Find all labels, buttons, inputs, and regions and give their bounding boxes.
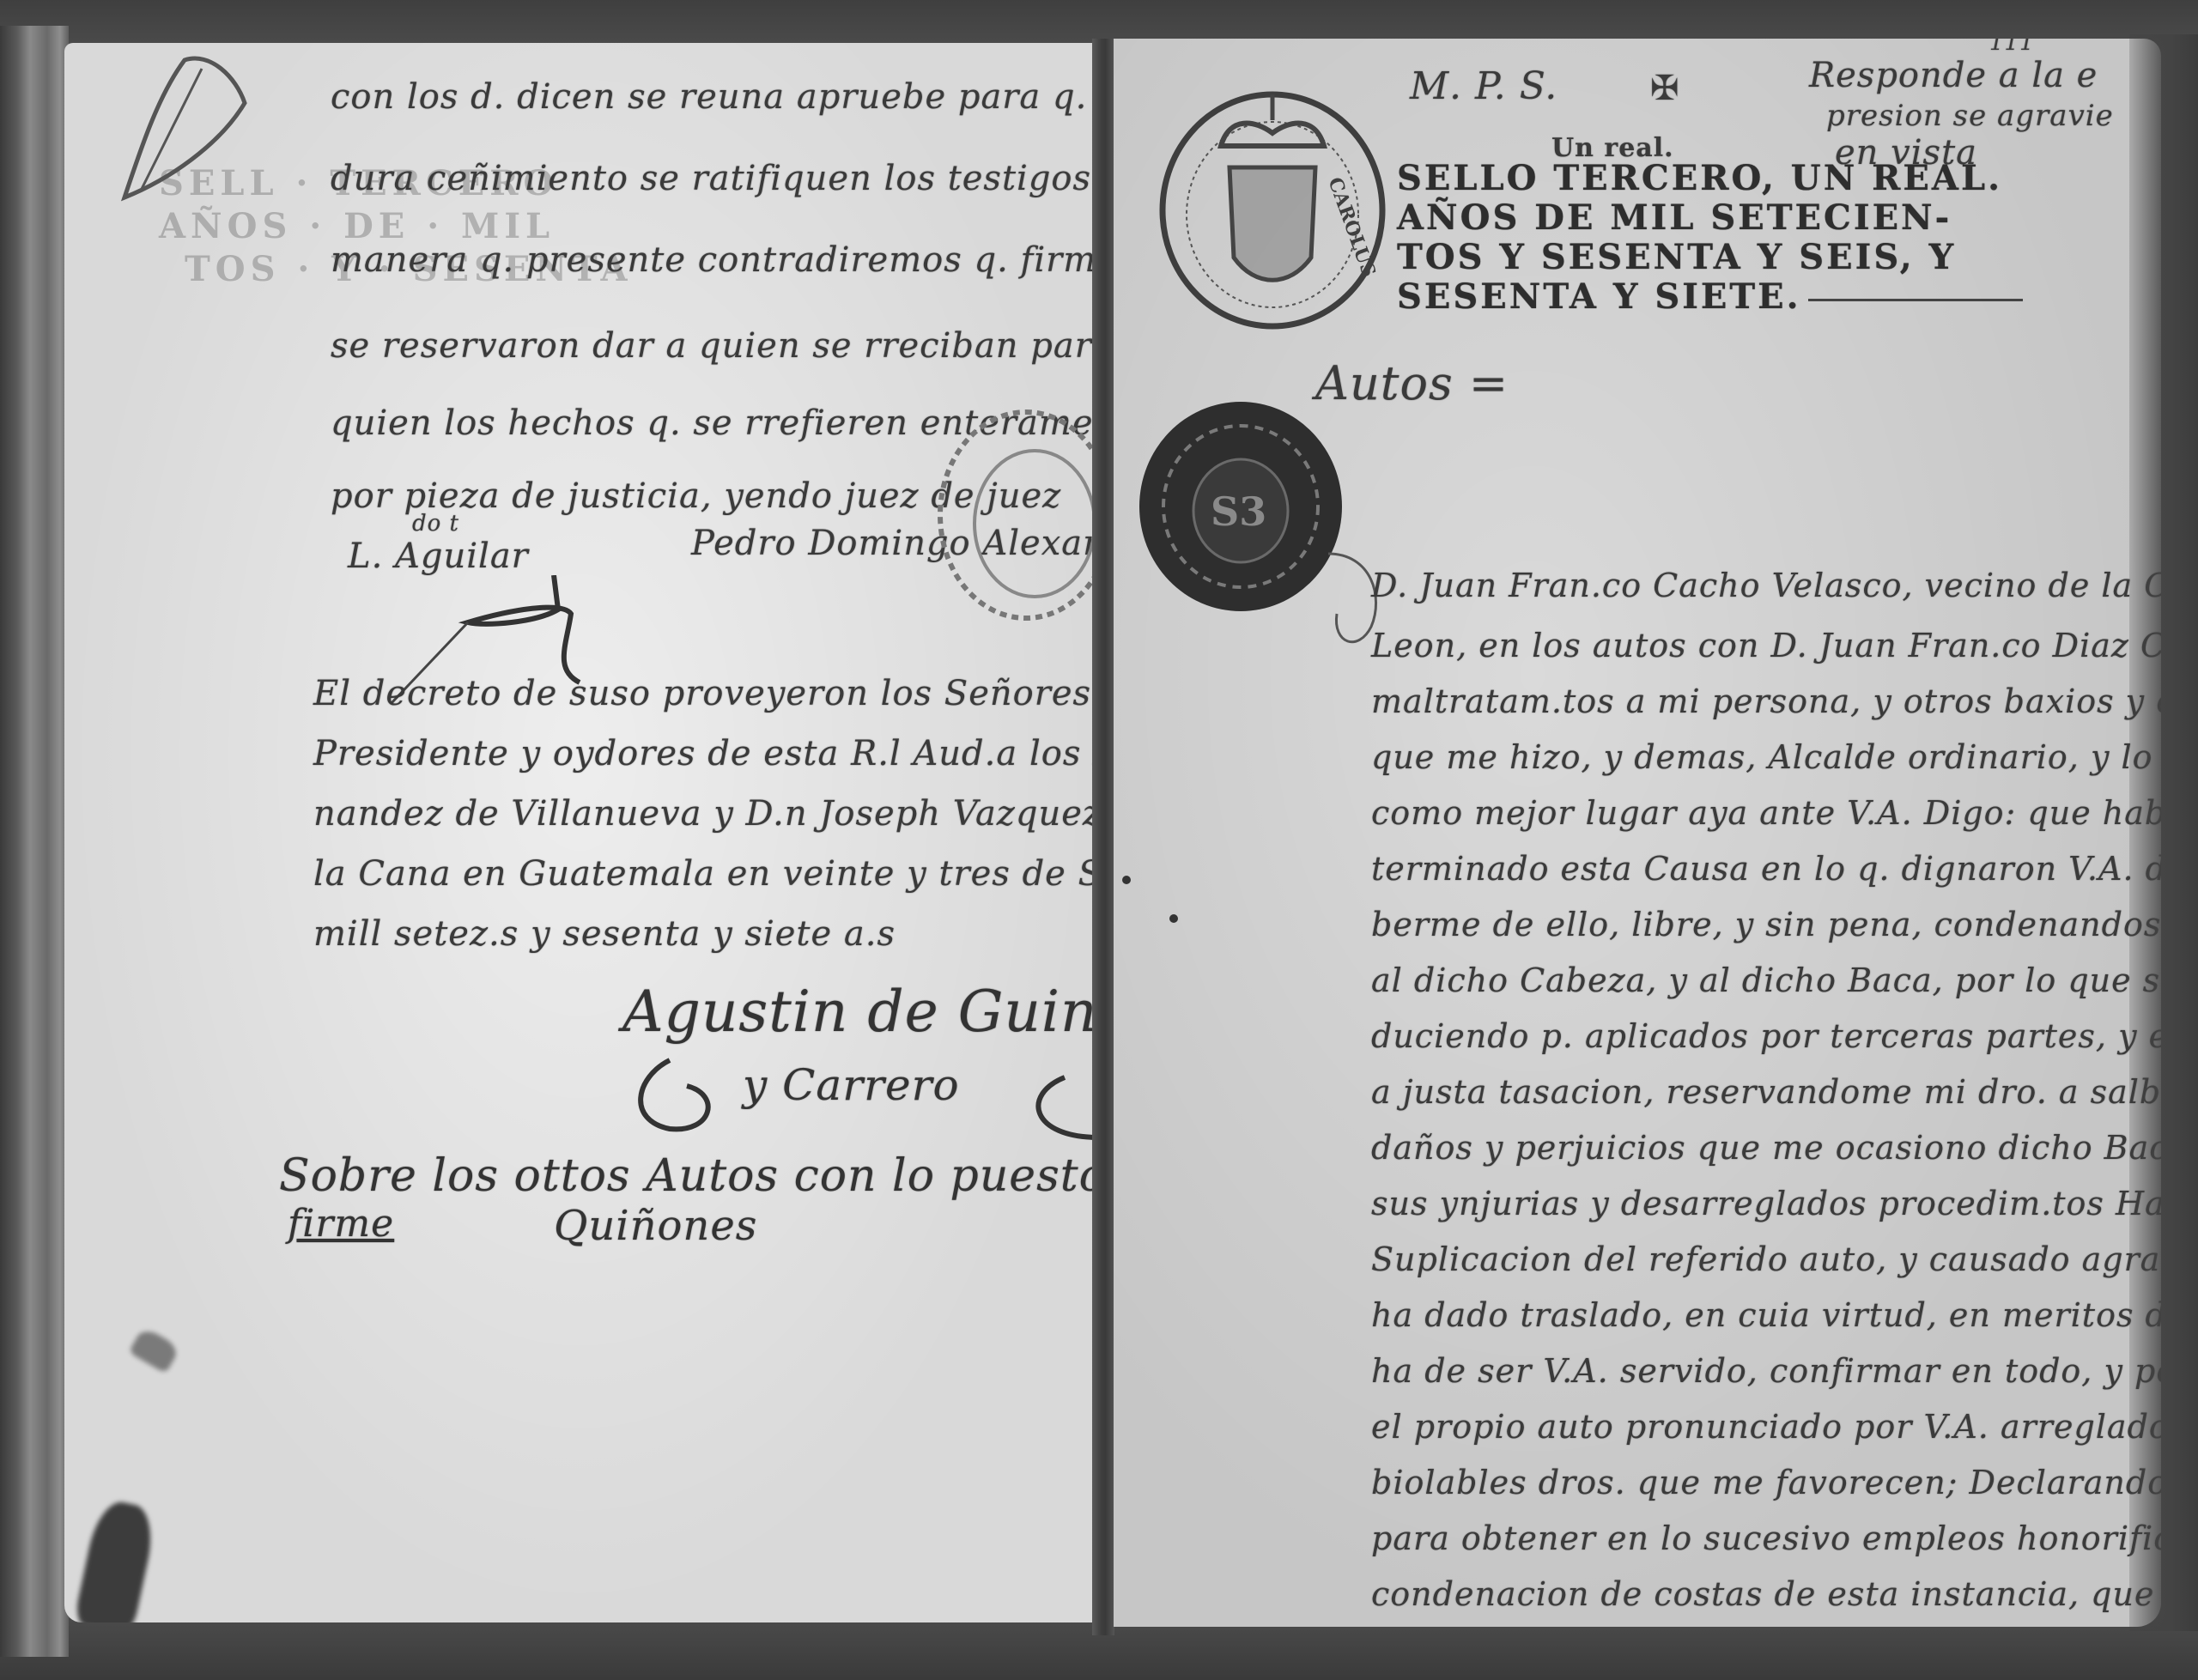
left-line-1: con los d. dicen se reuna apruebe para q… <box>331 77 1095 117</box>
printed-line-1: Sello tercero, un real. <box>1397 159 2015 198</box>
printed-line-4: sesenta y siete. <box>1397 276 1801 317</box>
body-line-18: para obtener en lo sucesivo empleos hono… <box>1371 1519 2161 1557</box>
printed-rule <box>1808 299 2023 301</box>
body-line-9: duciendo p. aplicados por terceras parte… <box>1371 1017 2161 1055</box>
royal-seal-icon: CAROLUS <box>1152 86 1393 335</box>
signature-quinones: Quiñones <box>554 1202 757 1250</box>
body-line-19: condenacion de costas de esta instancia,… <box>1371 1575 2161 1613</box>
left-page: SELL · TERCERO AÑOS · DE · MIL TOS · Y ·… <box>64 43 1095 1622</box>
body-line-4: que me hizo, y demas, Alcalde ordinario,… <box>1371 738 2161 776</box>
closing-word: firme <box>288 1202 394 1246</box>
body-line-10: a justa tasacion, reservandome mi dro. a… <box>1371 1073 2161 1111</box>
body-line-15: ha de ser V.A. servido, confirmar en tod… <box>1371 1352 2161 1390</box>
annotation-line-2: presion se agravie <box>1826 99 2114 133</box>
ink-blot <box>129 1326 181 1374</box>
printed-stamp-header: Sello tercero, un real. Años de mil sete… <box>1397 159 2015 317</box>
decree-line-4: la Cana en Guatemala en veinte y tres de… <box>313 854 1095 894</box>
margin-ink-dot <box>1169 914 1178 923</box>
svg-text:S3: S3 <box>1211 488 1266 535</box>
signature-guinaola: Agustin de Guinaola <box>622 979 1095 1045</box>
bleed-through-seal-icon <box>923 403 1095 627</box>
body-line-1: D. Juan Fran.co Cacho Velasco, vecino de… <box>1371 567 2161 604</box>
book-binding-edge <box>0 26 69 1657</box>
left-line-3: manera q. presente contradiremos q. firm… <box>331 240 1095 280</box>
decree-line-5: mill setez.s y sesenta y siete a.s <box>313 914 896 954</box>
body-line-6: terminado esta Causa en lo q. dignaron V… <box>1371 850 2161 888</box>
body-line-16: el propio auto pronunciado por V.A. arre… <box>1371 1408 2161 1446</box>
folio-number: 111 <box>1989 39 2035 56</box>
margin-signature: L. Aguilar <box>348 537 529 576</box>
printed-line-3: tos y sesenta y seis, y <box>1397 238 2015 277</box>
header-mps: M. P. S. <box>1410 64 1557 108</box>
right-page-edge-shadow <box>2129 34 2198 1631</box>
right-page: M. P. S. ✠ Un real. 111 Responde a la e … <box>1114 39 2161 1627</box>
annotation-line-1: Responde a la e <box>1809 56 2098 95</box>
body-line-3: maltratam.tos a mi persona, y otros baxi… <box>1371 682 2161 720</box>
closing-line: Sobre los ottos Autos con lo puesto en e… <box>279 1150 1095 1202</box>
page-gutter <box>1092 39 1114 1635</box>
body-line-8: al dicho Cabeza, y al dicho Baca, por lo… <box>1371 961 2161 999</box>
body-line-2: Leon, en los autos con D. Juan Fran.co D… <box>1371 627 2161 664</box>
margin-signature-superscript: do t <box>412 511 459 537</box>
margin-ink-dot <box>1122 876 1131 884</box>
left-line-2: dura ceñimiento se ratifiquen los testig… <box>331 159 1095 198</box>
body-line-11: daños y perjuicios que me ocasiono dicho… <box>1371 1129 2161 1167</box>
signature-flourish-icon <box>618 1043 1095 1155</box>
body-line-12: sus ynjurias y desarreglados procedim.to… <box>1371 1185 2161 1222</box>
body-line-5: como mejor lugar aya ante V.A. Digo: que… <box>1371 794 2161 832</box>
decree-line-1: El decreto de suso proveyeron los Señore… <box>313 674 1091 713</box>
decree-line-3: nandez de Villanueva y D.n Joseph Vazque… <box>313 794 1095 834</box>
printed-line-2: Años de mil setecien- <box>1397 198 2015 238</box>
finger-shadow <box>73 1497 159 1622</box>
left-line-4: se reservaron dar a quien se rreciban pa… <box>331 326 1095 366</box>
cross-mark-icon: ✠ <box>1650 69 1680 108</box>
body-line-14: ha dado traslado, en cuia virtud, en mer… <box>1371 1296 2161 1334</box>
body-line-17: biolables dros. que me favorecen; Declar… <box>1371 1464 2161 1501</box>
svg-text:CAROLUS: CAROLUS <box>1323 174 1380 280</box>
decree-line-2: Presidente y oydores de esta R.l Aud.a l… <box>313 734 1095 773</box>
corner-pen-mark-icon <box>90 43 262 232</box>
body-line-7: berme de ello, libre, y sin pena, conden… <box>1371 906 2161 943</box>
body-line-13: Suplicacion del referido auto, y causado… <box>1371 1240 2161 1278</box>
